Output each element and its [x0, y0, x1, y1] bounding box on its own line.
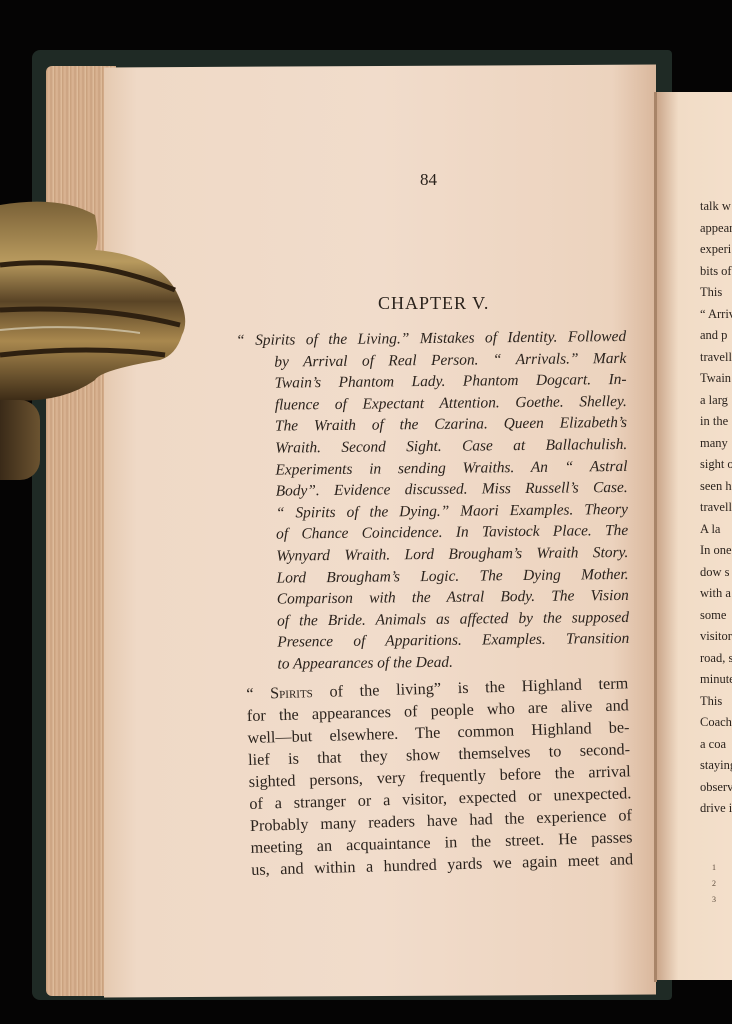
- facing-page-text: talk w appear experi bits of This “ Arri…: [700, 196, 732, 820]
- footnote-markers: 1 2 3: [712, 860, 716, 908]
- footnote-marker: 3: [712, 892, 716, 908]
- facing-line: appear: [700, 218, 732, 240]
- lead-in-word: “ Spirits: [246, 683, 313, 703]
- body-paragraph: “ Spirits of the living” is the Highland…: [246, 672, 633, 881]
- facing-line: In one: [700, 540, 732, 562]
- facing-line: This: [700, 282, 732, 304]
- facing-line: some: [700, 605, 732, 627]
- facing-line: observ: [700, 777, 732, 799]
- facing-line: dow s: [700, 562, 732, 584]
- facing-line: travelli: [700, 497, 732, 519]
- facing-line: This: [700, 691, 732, 713]
- facing-line: a larg: [700, 390, 732, 412]
- facing-line: A la: [700, 519, 732, 541]
- facing-line: “ Arriv: [700, 304, 732, 326]
- facing-line: Twain: [700, 368, 732, 390]
- facing-line: experi: [700, 239, 732, 261]
- book-gutter: [654, 92, 657, 982]
- facing-line: Coach: [700, 712, 732, 734]
- page-number: 84: [420, 170, 437, 190]
- facing-line: minute: [700, 669, 732, 691]
- facing-line: road, s: [700, 648, 732, 670]
- facing-line: sight o: [700, 454, 732, 476]
- facing-line: travell: [700, 347, 732, 369]
- facing-line: seen h: [700, 476, 732, 498]
- facing-line: in the: [700, 411, 732, 433]
- facing-line: a coa: [700, 734, 732, 756]
- brass-page-holder: [0, 195, 190, 405]
- footnote-marker: 2: [712, 876, 716, 892]
- facing-line: and p: [700, 325, 732, 347]
- facing-line: visitor: [700, 626, 732, 648]
- brass-holder-base: [0, 400, 40, 480]
- facing-line: drive i: [700, 798, 732, 820]
- facing-line: staying: [700, 755, 732, 777]
- chapter-title: CHAPTER V.: [378, 293, 489, 314]
- facing-line: bits of: [700, 261, 732, 283]
- footnote-marker: 1: [712, 860, 716, 876]
- summary-line: to Appearances of the Dead.: [239, 650, 629, 676]
- summary-line: Presence of Apparitions. Examples. Trans…: [239, 628, 629, 654]
- chapter-summary: “ Spirits of the Living.” Mistakes of Id…: [236, 326, 630, 676]
- facing-line: with a: [700, 583, 732, 605]
- facing-line: many: [700, 433, 732, 455]
- facing-line: talk w: [700, 196, 732, 218]
